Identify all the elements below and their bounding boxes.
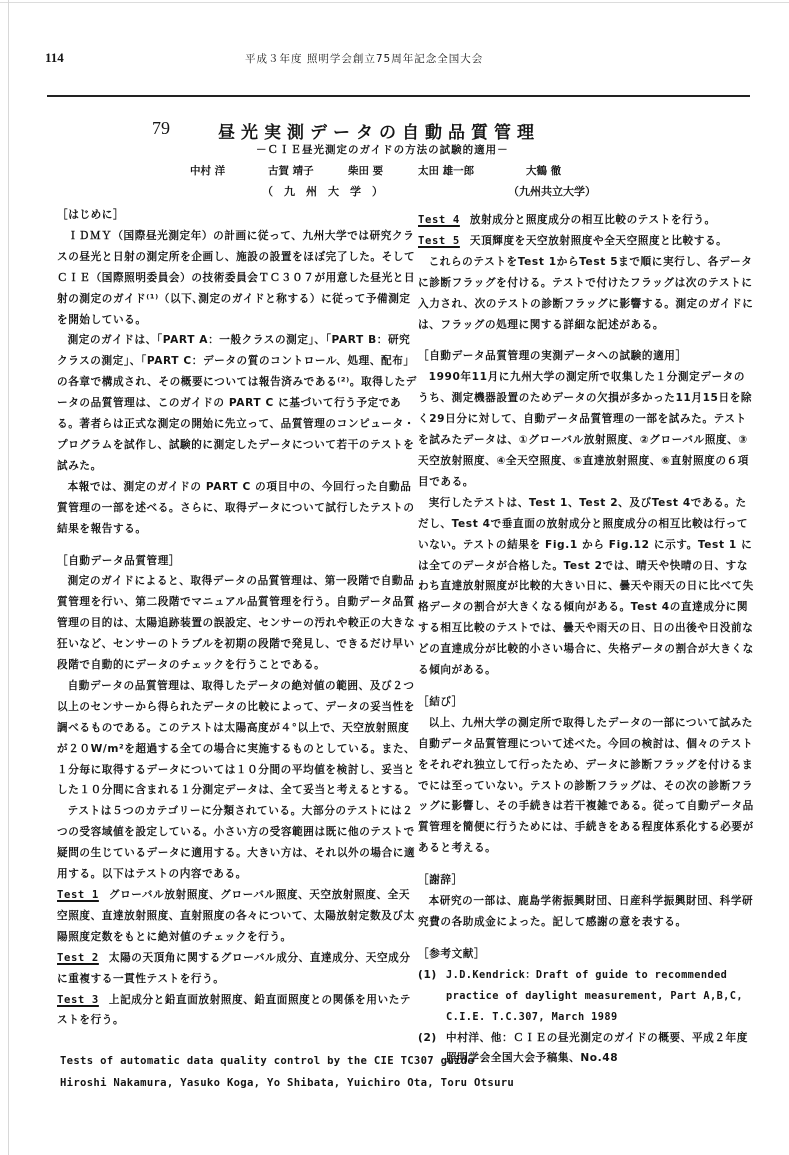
section-heading-auto-qc: ［自動データ品質管理］	[57, 551, 419, 572]
affiliation: （九州共立大学）	[508, 183, 596, 199]
paper-title: 昼光実測データの自動品質管理	[218, 118, 540, 143]
paper-number: 79	[152, 118, 170, 139]
left-column: ［はじめに］ ＩＤＭＹ（国際昼光測定年）の計画に従って、九州大学では研究クラスの…	[57, 205, 419, 1031]
page-edge-top	[0, 2, 789, 3]
test-label: Test 2	[57, 952, 99, 964]
paragraph: ＩＤＭＹ（国際昼光測定年）の計画に従って、九州大学では研究クラスの昼光と日射の測…	[57, 226, 419, 331]
test-label: Test 1	[57, 889, 99, 901]
paragraph: 本研究の一部は、鹿島学術振興財団、日産科学振興財団、科学研究費の各助成金によった…	[418, 891, 756, 933]
section-heading-conclusion: ［結び］	[418, 692, 756, 713]
paragraph: 自動データの品質管理は、取得したデータの絶対値の範囲、及び２つ以上のセンサーから…	[57, 676, 419, 801]
english-abstract-block: Tests of automatic data quality control …	[60, 1050, 514, 1094]
test-label: Test 3	[57, 994, 99, 1006]
right-column: Test 4放射成分と照度成分の相互比較のテストを行う。 Test 5天頂輝度を…	[418, 210, 756, 1069]
paragraph: テストは５つのカテゴリーに分類されている。大部分のテストには２つの受容域値を設定…	[57, 801, 419, 885]
section-heading-intro: ［はじめに］	[57, 205, 419, 226]
header-rule	[47, 95, 750, 97]
paragraph: 測定のガイドによると、取得データの品質管理は、第一段階で自動品質管理を行い、第二…	[57, 571, 419, 676]
paragraph: 本報では、測定のガイドの PART C の項目中の、今回行った自動品質管理の一部…	[57, 477, 419, 540]
reference-number: (1)	[418, 965, 446, 1028]
affiliation-list: （ 九 州 大 学 ） （九州共立大学）	[0, 183, 789, 199]
paragraph: 1990年11月に九州大学の測定所で収集した１分測定データのうち、測定機器設置の…	[418, 367, 756, 492]
test-item: Test 2太陽の天頂角に関するグローバル成分、直達成分、天空成分に重複する一貫…	[57, 948, 419, 990]
section-heading-references: ［参考文献］	[418, 944, 756, 965]
author: 中村 洋	[190, 163, 225, 178]
paper-subtitle: －ＣＩＥ昼光測定のガイドの方法の試験的適用－	[256, 142, 509, 157]
reference-item: (1) J.D.Kendrick：Draft of guide to recom…	[418, 965, 756, 1028]
test-label: Test 4	[418, 214, 460, 226]
test-label: Test 5	[418, 235, 460, 247]
reference-text: J.D.Kendrick：Draft of guide to recommend…	[446, 965, 756, 1028]
page-number: 114	[45, 50, 64, 66]
affiliation: （ 九 州 大 学 ）	[262, 183, 383, 199]
author-list: 中村 洋 古賀 靖子 柴田 要 太田 雄一郎 大鶴 徹	[0, 163, 789, 179]
conference-title: 平成３年度 照明学会創立75周年記念全国大会	[245, 51, 483, 66]
section-heading-acknowledgments: ［謝辞］	[418, 870, 756, 891]
author: 太田 雄一郎	[418, 163, 474, 178]
test-item: Test 3上記成分と鉛直面放射照度、鉛直面照度との関係を用いたテストを行う。	[57, 990, 419, 1032]
paragraph: 以上、九州大学の測定所で取得したデータの一部について試みた自動データ品質管理につ…	[418, 713, 756, 859]
author: 大鶴 徹	[526, 163, 561, 178]
section-heading-trial: ［自動データ品質管理の実測データへの試験的適用］	[418, 346, 756, 367]
author: 柴田 要	[348, 163, 383, 178]
test-item: Test 5天頂輝度を天空放射照度や全天空照度と比較する。	[418, 231, 756, 252]
english-title: Tests of automatic data quality control …	[60, 1050, 514, 1072]
paragraph: 実行したテストは、Test 1、Test 2、及びTest 4である。ただし、T…	[418, 493, 756, 681]
author: 古賀 靖子	[268, 163, 314, 178]
test-item: Test 4放射成分と照度成分の相互比較のテストを行う。	[418, 210, 756, 231]
english-authors: Hiroshi Nakamura, Yasuko Koga, Yo Shibat…	[60, 1072, 514, 1094]
running-header: 114 平成３年度 照明学会創立75周年記念全国大会	[45, 50, 750, 70]
test-item: Test 1グローバル放射照度、グローバル照度、天空放射照度、全天空照度、直達放…	[57, 885, 419, 948]
paragraph: これらのテストをTest 1からTest 5まで順に実行し、各データに診断フラッ…	[418, 252, 756, 336]
paragraph: 測定のガイドは、「PART A：一般クラスの測定」、「PART B：研究クラスの…	[57, 330, 419, 476]
